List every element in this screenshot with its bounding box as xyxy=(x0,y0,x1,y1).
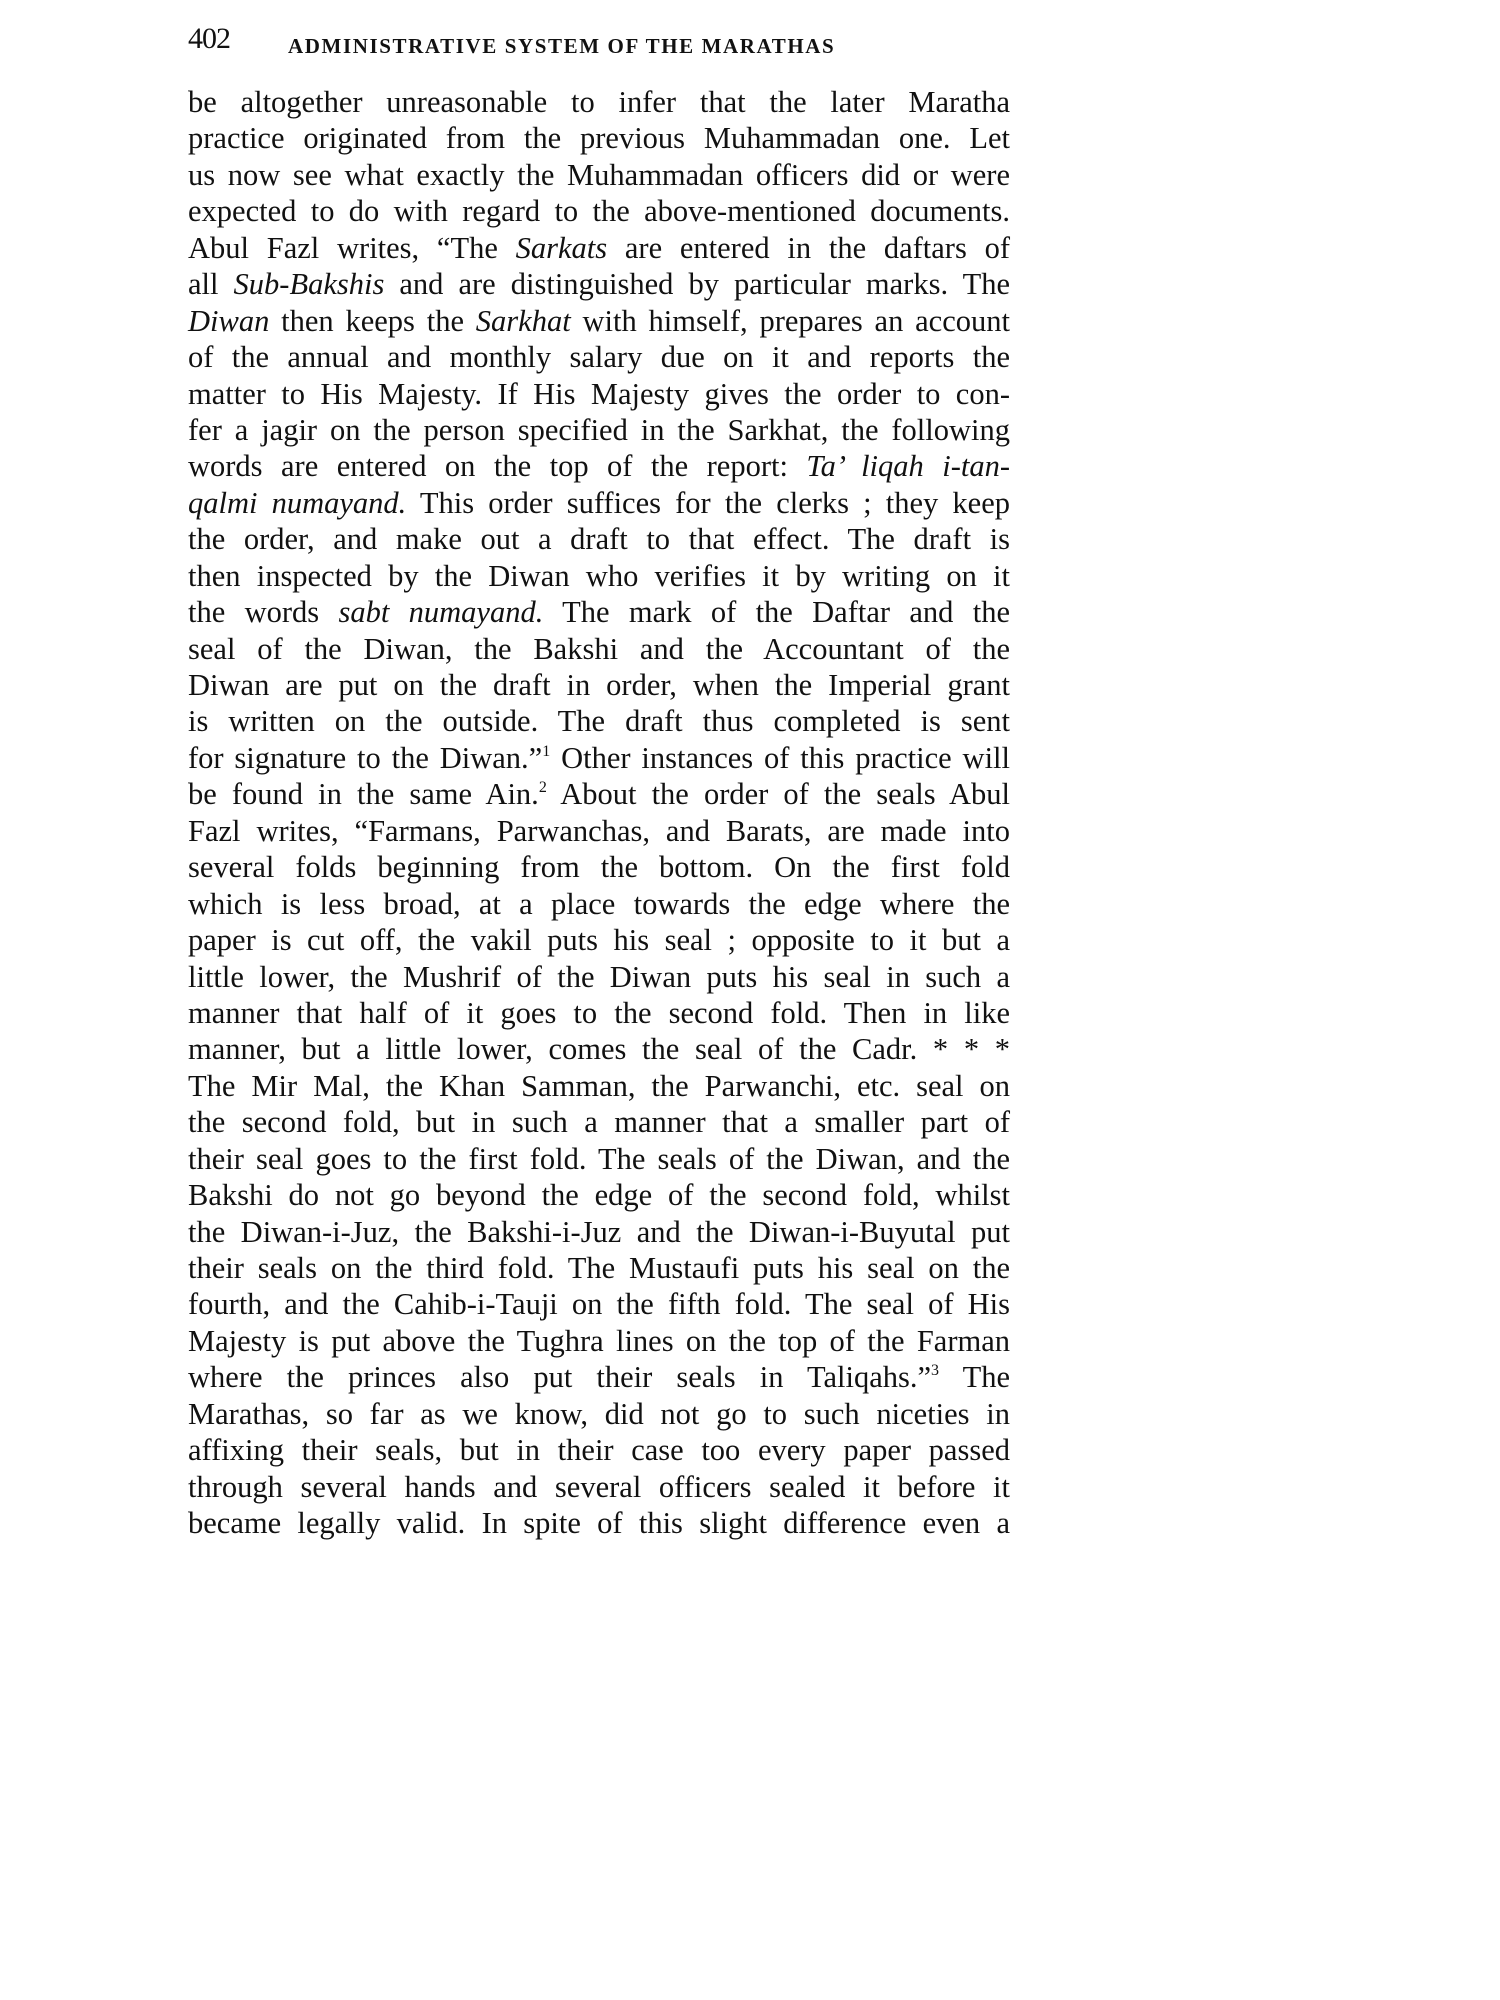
text-line: through several hands and several office… xyxy=(188,1469,1010,1505)
text-run: the order, and make out a draft to that … xyxy=(188,522,1010,556)
text-run: manner, but a little lower, comes the se… xyxy=(188,1032,1010,1066)
text-run: Other instances of this practice will xyxy=(550,741,1010,775)
text-line: practice originated from the previous Mu… xyxy=(188,120,1010,156)
text-run: practice originated from the previous Mu… xyxy=(188,121,1010,155)
text-run: be altogether unreasonable to infer that… xyxy=(188,85,1010,119)
text-run: paper is cut off, the vakil puts his sea… xyxy=(188,923,1010,957)
text-line: be found in the same Ain.2 About the ord… xyxy=(188,776,1010,812)
text-run: seal of the Diwan, the Bakshi and the Ac… xyxy=(188,632,1010,666)
text-run: words are entered on the top of the repo… xyxy=(188,449,806,483)
text-run: Bakshi do not go beyond the edge of the … xyxy=(188,1178,1010,1212)
text-line: for signature to the Diwan.”1 Other inst… xyxy=(188,740,1010,776)
text-line: several folds beginning from the bottom.… xyxy=(188,849,1010,885)
text-run: fer a jagir on the person specified in t… xyxy=(188,413,1010,447)
text-run: fourth, and the Cahib-i-Tauji on the fif… xyxy=(188,1287,1010,1321)
italic-term: Sub-Bakshis xyxy=(234,267,385,301)
text-line: became legally valid. In spite of this s… xyxy=(188,1505,1010,1541)
italic-term: Sarkhat xyxy=(476,304,571,338)
italic-term: Ta’ liqah i-tan- xyxy=(806,449,1010,483)
text-run: be found in the same Ain. xyxy=(188,777,539,811)
text-line: Diwan are put on the draft in order, whe… xyxy=(188,667,1010,703)
italic-term: sabt numayand. xyxy=(338,595,543,629)
italic-term: Diwan xyxy=(188,304,269,338)
text-line: the Diwan-i-Juz, the Bakshi-i-Juz and th… xyxy=(188,1214,1010,1250)
text-line: little lower, the Mushrif of the Diwan p… xyxy=(188,959,1010,995)
book-page: 402 ADMINISTRATIVE SYSTEM OF THE MARATHA… xyxy=(0,0,1500,2000)
footnote-marker: 2 xyxy=(539,779,547,796)
text-line: the second fold, but in such a manner th… xyxy=(188,1104,1010,1140)
text-line: The Mir Mal, the Khan Samman, the Parwan… xyxy=(188,1068,1010,1104)
text-run: The xyxy=(939,1360,1010,1394)
text-line: fourth, and the Cahib-i-Tauji on the fif… xyxy=(188,1286,1010,1322)
text-run: with himself, prepares an account xyxy=(571,304,1010,338)
text-line: Majesty is put above the Tughra lines on… xyxy=(188,1323,1010,1359)
text-run: for signature to the Diwan.” xyxy=(188,741,542,775)
text-line: us now see what exactly the Muhammadan o… xyxy=(188,157,1010,193)
text-run: became legally valid. In spite of this s… xyxy=(188,1506,1010,1540)
text-run: Abul Fazl writes, “The xyxy=(188,231,516,265)
text-run: little lower, the Mushrif of the Diwan p… xyxy=(188,960,1010,994)
text-line: fer a jagir on the person specified in t… xyxy=(188,412,1010,448)
text-run: the second fold, but in such a manner th… xyxy=(188,1105,1010,1139)
text-line: matter to His Majesty. If His Majesty gi… xyxy=(188,376,1010,412)
text-run: us now see what exactly the Muhammadan o… xyxy=(188,158,1010,192)
text-run: Majesty is put above the Tughra lines on… xyxy=(188,1324,1010,1358)
text-line: the words sabt numayand. The mark of the… xyxy=(188,594,1010,630)
text-line: of the annual and monthly salary due on … xyxy=(188,339,1010,375)
text-line: where the princes also put their seals i… xyxy=(188,1359,1010,1395)
text-run: The mark of the Daftar and the xyxy=(543,595,1010,629)
text-run: their seal goes to the first fold. The s… xyxy=(188,1142,1010,1176)
text-run: expected to do with regard to the above-… xyxy=(188,194,1010,228)
text-line: paper is cut off, the vakil puts his sea… xyxy=(188,922,1010,958)
text-line: all Sub-Bakshis and are distinguished by… xyxy=(188,266,1010,302)
text-line: their seal goes to the first fold. The s… xyxy=(188,1141,1010,1177)
text-run: which is less broad, at a place towards … xyxy=(188,887,1010,921)
text-run: several folds beginning from the bottom.… xyxy=(188,850,1010,884)
text-line: the order, and make out a draft to that … xyxy=(188,521,1010,557)
body-text: be altogether unreasonable to infer that… xyxy=(188,84,1010,1542)
text-run: of the annual and monthly salary due on … xyxy=(188,340,1010,374)
text-run: through several hands and several office… xyxy=(188,1470,1010,1504)
text-line: Fazl writes, “Farmans, Parwanchas, and B… xyxy=(188,813,1010,849)
text-run: then inspected by the Diwan who verifies… xyxy=(188,559,1010,593)
text-run: manner that half of it goes to the secon… xyxy=(188,996,1010,1030)
text-run: About the order of the seals Abul xyxy=(547,777,1010,811)
text-line: expected to do with regard to the above-… xyxy=(188,193,1010,229)
italic-term: Sarkats xyxy=(516,231,608,265)
footnote-marker: 3 xyxy=(931,1362,939,1379)
page-header: 402 ADMINISTRATIVE SYSTEM OF THE MARATHA… xyxy=(188,18,1010,68)
text-run: are entered in the daftars of xyxy=(607,231,1010,265)
text-run: This order suffices for the clerks ; the… xyxy=(406,486,1010,520)
text-line: Bakshi do not go beyond the edge of the … xyxy=(188,1177,1010,1213)
text-run: Diwan are put on the draft in order, whe… xyxy=(188,668,1010,702)
text-run: the Diwan-i-Juz, the Bakshi-i-Juz and th… xyxy=(188,1215,1010,1249)
text-line: qalmi numayand. This order suffices for … xyxy=(188,485,1010,521)
text-run: Fazl writes, “Farmans, Parwanchas, and B… xyxy=(188,814,1010,848)
text-run: matter to His Majesty. If His Majesty gi… xyxy=(188,377,1010,411)
text-line: their seals on the third fold. The Musta… xyxy=(188,1250,1010,1286)
text-run: and are distinguished by particular mark… xyxy=(384,267,1010,301)
text-run: Marathas, so far as we know, did not go … xyxy=(188,1397,1010,1431)
text-line: Abul Fazl writes, “The Sarkats are enter… xyxy=(188,230,1010,266)
text-line: manner, but a little lower, comes the se… xyxy=(188,1031,1010,1067)
page-number: 402 xyxy=(188,22,230,56)
text-run: the words xyxy=(188,595,338,629)
text-run: where the princes also put their seals i… xyxy=(188,1360,931,1394)
text-run: their seals on the third fold. The Musta… xyxy=(188,1251,1010,1285)
text-line: then inspected by the Diwan who verifies… xyxy=(188,558,1010,594)
text-run: affixing their seals, but in their case … xyxy=(188,1433,1010,1467)
text-run: then keeps the xyxy=(269,304,475,338)
italic-term: qalmi numayand. xyxy=(188,486,406,520)
text-line: words are entered on the top of the repo… xyxy=(188,448,1010,484)
text-line: manner that half of it goes to the secon… xyxy=(188,995,1010,1031)
text-run: The Mir Mal, the Khan Samman, the Parwan… xyxy=(188,1069,1010,1103)
text-line: Marathas, so far as we know, did not go … xyxy=(188,1396,1010,1432)
text-run: is written on the outside. The draft thu… xyxy=(188,704,1010,738)
running-head: ADMINISTRATIVE SYSTEM OF THE MARATHAS xyxy=(288,34,835,59)
text-line: which is less broad, at a place towards … xyxy=(188,886,1010,922)
text-line: be altogether unreasonable to infer that… xyxy=(188,84,1010,120)
text-line: is written on the outside. The draft thu… xyxy=(188,703,1010,739)
text-line: affixing their seals, but in their case … xyxy=(188,1432,1010,1468)
text-run: all xyxy=(188,267,234,301)
text-line: Diwan then keeps the Sarkhat with himsel… xyxy=(188,303,1010,339)
text-line: seal of the Diwan, the Bakshi and the Ac… xyxy=(188,631,1010,667)
